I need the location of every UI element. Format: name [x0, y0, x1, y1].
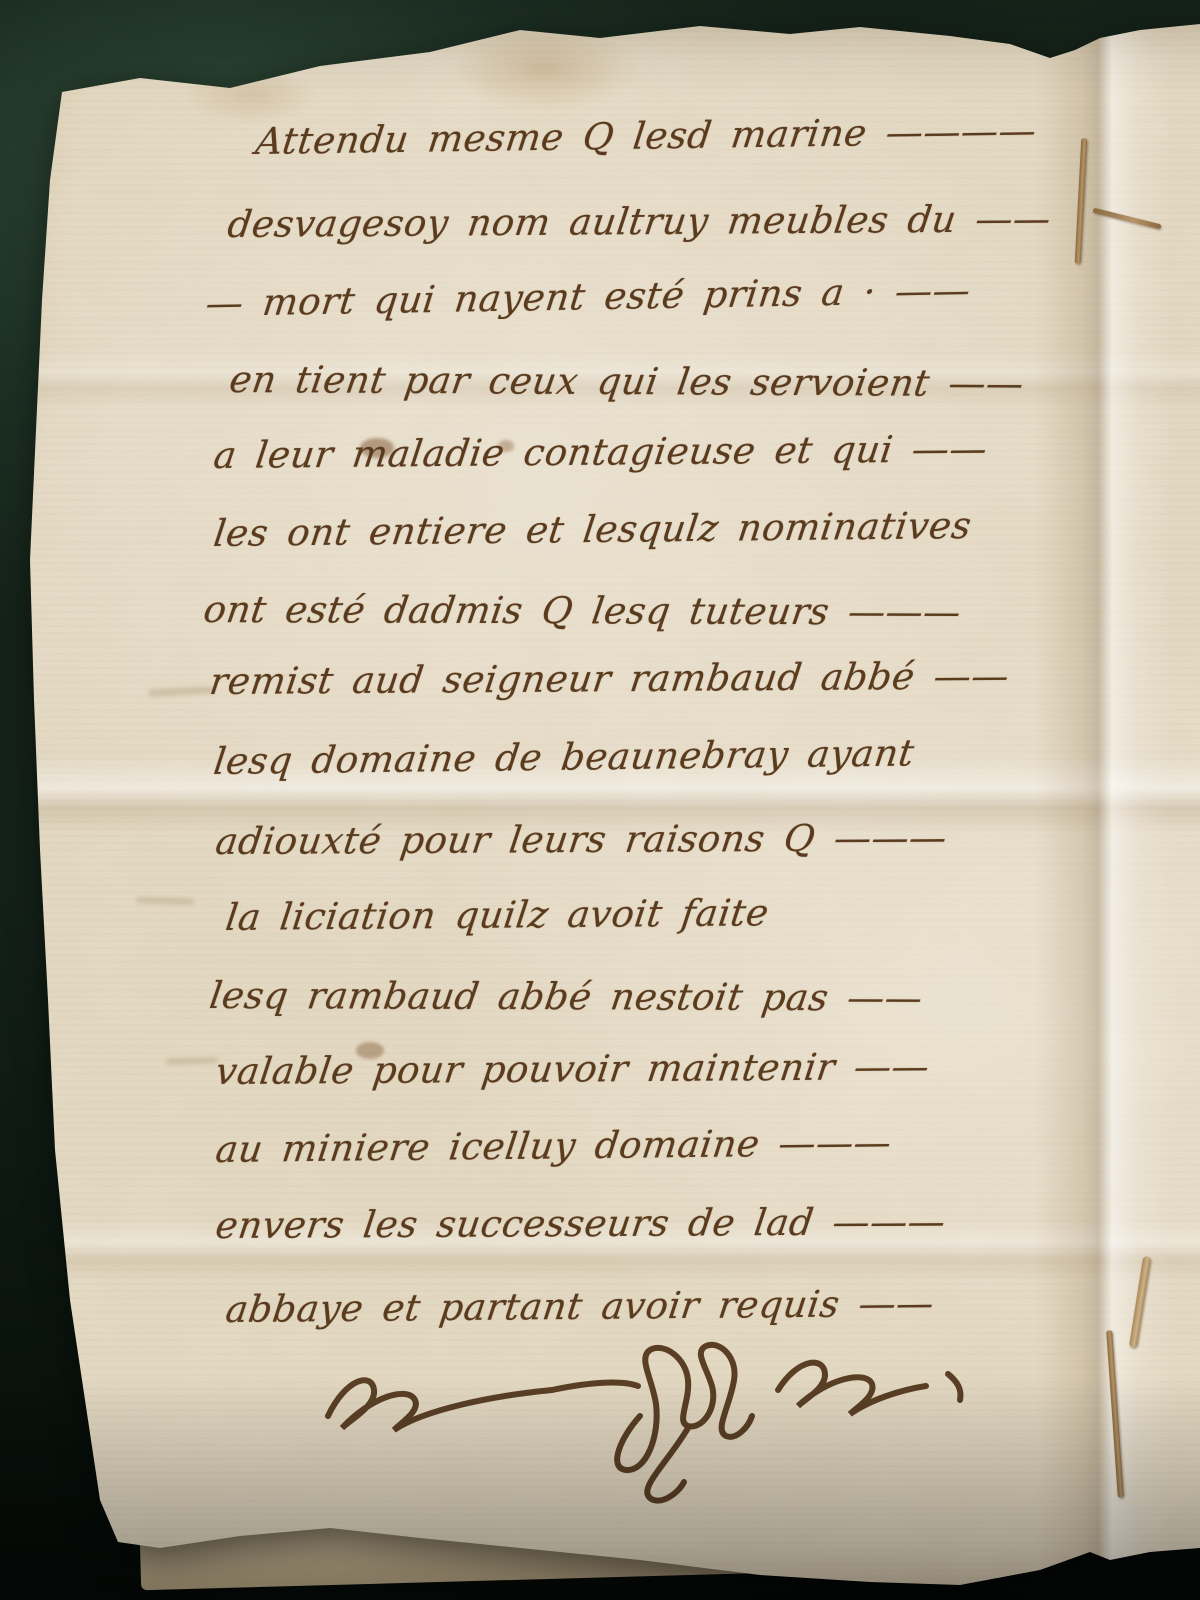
manuscript-photo: Attendu mesme Q lesd marine ———— desvage…: [0, 0, 1200, 1600]
manuscript-line: au miniere icelluy domaine ———: [213, 1121, 894, 1171]
manuscript-line: desvagesoy nom aultruy meubles du ——: [225, 197, 1054, 246]
manuscript-line: lesq rambaud abbé nestoit pas ——: [207, 974, 926, 1019]
manuscript-line: remist aud seigneur rambaud abbé ——: [207, 654, 1012, 703]
manuscript-line: lesq domaine de beaunebray ayant: [211, 731, 917, 783]
manuscript-line: ont esté dadmis Q lesq tuteurs ———: [201, 588, 964, 634]
manuscript-line: adiouxté pour leurs raisons Q ———: [213, 816, 950, 863]
manuscript-line: la liciation quilz avoit faite: [223, 891, 771, 939]
signature-paraph-flourish: [300, 1316, 1020, 1506]
manuscript-line: a leur maladie contagieuse et qui ——: [211, 427, 990, 477]
paper-wrap: Attendu mesme Q lesd marine ———— desvage…: [0, 0, 1200, 1600]
manuscript-paper: Attendu mesme Q lesd marine ———— desvage…: [0, 0, 1200, 1600]
manuscript-line: les ont entiere et lesqulz nominatives: [211, 504, 974, 555]
manuscript-line: envers les successeurs de lad ———: [213, 1200, 948, 1247]
manuscript-line: valable pour pouvoir maintenir ——: [213, 1045, 932, 1093]
manuscript-line: en tient par ceux qui les servoient ——: [227, 358, 1027, 405]
